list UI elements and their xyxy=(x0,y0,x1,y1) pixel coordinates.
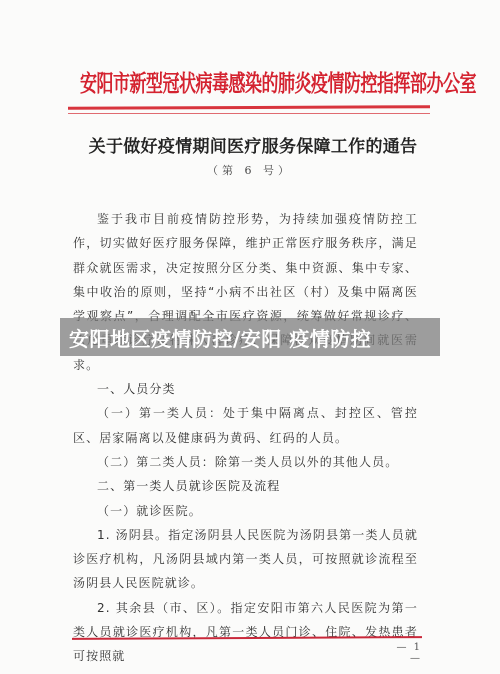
section-item: 2. 其余县（市、区）。指定安阳市第六人民医院为第一类人员就诊医疗机构，凡第一类… xyxy=(73,596,418,669)
red-header-rule xyxy=(68,105,430,110)
document-number: （第 6 号） xyxy=(200,162,300,178)
section-item: 1. 汤阴县。指定汤阴县人民医院为汤阴县第一类人员就诊医疗机构，凡汤阴县域内第一… xyxy=(73,523,418,596)
document-body: 鉴于我市目前疫情防控形势，为持续加强疫情防控工作，切实做好医疗服务保障，维护正常… xyxy=(73,207,418,669)
section-item: （一）就诊医院。 xyxy=(73,499,418,523)
red-header-rule-thin xyxy=(68,113,430,114)
section-heading: 二、第一类人员就诊医院及流程 xyxy=(73,474,418,498)
page-number: — 1 — xyxy=(380,642,422,664)
document-title: 关于做好疫情期间医疗服务保障工作的通告 xyxy=(78,132,428,157)
caption-text: 安阳地区疫情防控/安阳 疫情防控 xyxy=(60,323,371,352)
section-heading: 一、人员分类 xyxy=(73,377,418,401)
issuer-header: 安阳市新型冠状病毒感染的肺炎疫情防控指挥部办公室 xyxy=(80,64,420,98)
caption-banner: 安阳地区疫情防控/安阳 疫情防控 xyxy=(60,318,440,356)
section-item: （一）第一类人员：处于集中隔离点、封控区、管控区、居家隔离以及健康码为黄码、红码… xyxy=(73,401,418,450)
document-page: 安阳市新型冠状病毒感染的肺炎疫情防控指挥部办公室 关于做好疫情期间医疗服务保障工… xyxy=(0,0,500,674)
section-item: （二）第二类人员：除第一类人员以外的其他人员。 xyxy=(73,450,418,474)
